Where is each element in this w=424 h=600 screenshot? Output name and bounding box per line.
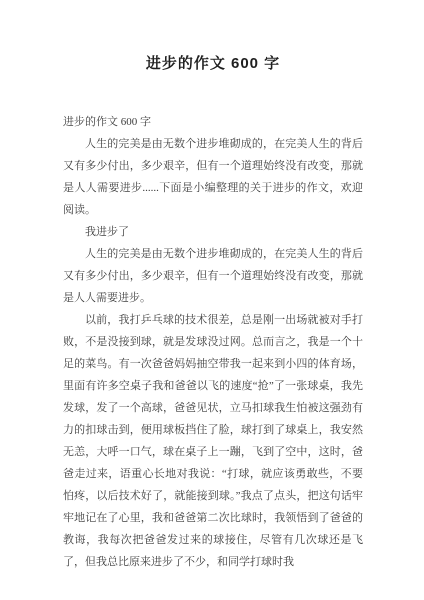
paragraph-opening: 人生的完美是由无数个进步堆砌成的，在完美人生的背后又有多少付出，多少艰辛，但有一… <box>63 243 363 309</box>
document-page: 进步的作文 600 字 进步的作文 600 字 人生的完美是由无数个进步堆砌成的… <box>0 0 424 600</box>
document-body: 进步的作文 600 字 人生的完美是由无数个进步堆砌成的，在完美人生的背后又有多… <box>63 111 363 573</box>
paragraph-intro: 人生的完美是由无数个进步堆砌成的，在完美人生的背后又有多少付出，多少艰辛，但有一… <box>63 133 363 221</box>
paragraph-section-heading: 我进步了 <box>63 221 363 243</box>
paragraph-story: 以前，我打乒乓球的技术很差，总是刚一出场就被对手打败，不是没接到球，就是发球没过… <box>63 309 363 573</box>
paragraph-title-line: 进步的作文 600 字 <box>63 111 363 133</box>
document-title: 进步的作文 600 字 <box>63 54 363 74</box>
